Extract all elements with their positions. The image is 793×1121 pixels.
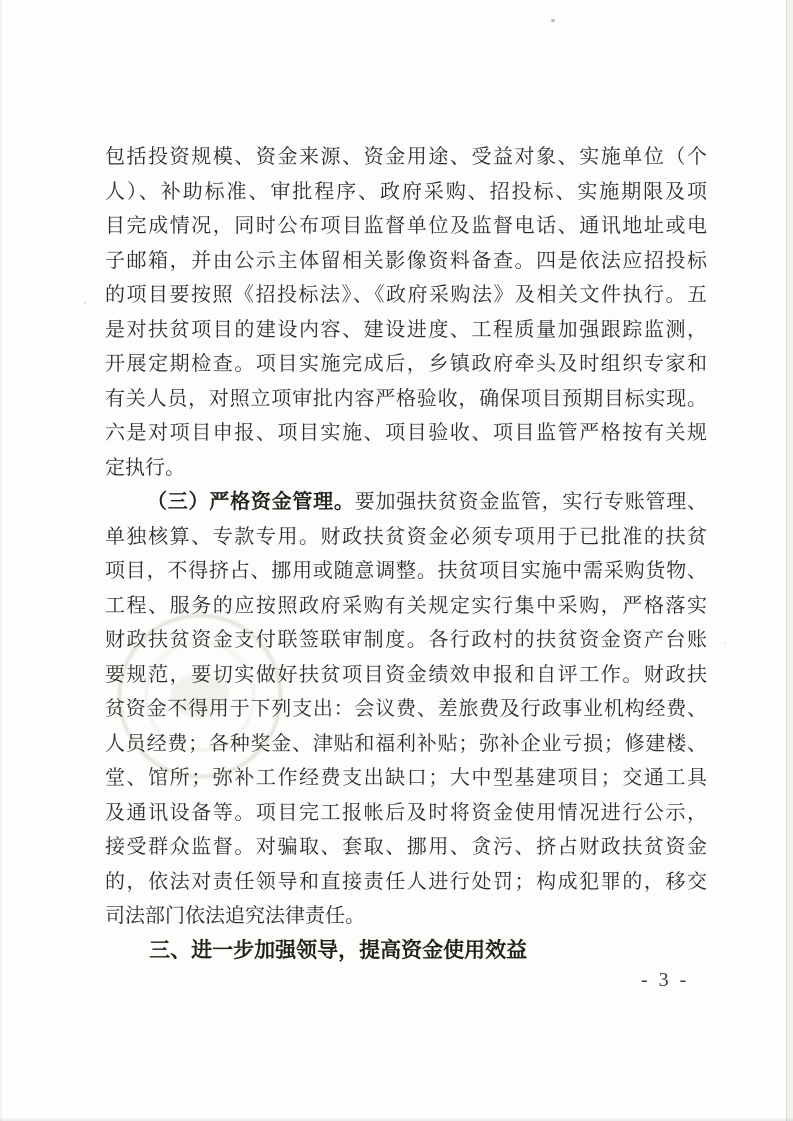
document-text-block: 包括投资规模、资金来源、资金用途、受益对象、实施单位（个人）、补助标准、审批程序…	[105, 140, 707, 968]
text-line: 包括投资规模、资金来源、资金用途、受益对象、实施单位（个	[105, 140, 707, 175]
page-number: - 3 -	[641, 969, 689, 992]
text-line: 定执行。	[105, 451, 707, 486]
text-run: 要加强扶贫资金监管，实行专账管理、	[355, 491, 707, 513]
bold-run: （三）严格资金管理。	[147, 491, 355, 513]
text-line: （三）严格资金管理。要加强扶贫资金监管，实行专账管理、	[105, 485, 707, 520]
text-line: 贫资金不得用于下列支出：会议费、差旅费及行政事业机构经费、	[105, 692, 707, 727]
text-line: 的，依法对责任领导和直接责任人进行处罚；构成犯罪的，移交	[105, 865, 707, 900]
text-line: 子邮箱，并由公示主体留相关影像资料备查。四是依法应招投标	[105, 244, 707, 279]
scan-edge-left	[0, 0, 2, 1121]
scan-speck	[724, 642, 726, 644]
scan-speck	[84, 302, 86, 304]
text-line: 要规范，要切实做好扶贫项目资金绩效申报和自评工作。财政扶	[105, 658, 707, 693]
heading-line: 三、进一步加强领导，提高资金使用效益	[105, 934, 707, 969]
text-line: 开展定期检查。项目实施完成后，乡镇政府牵头及时组织专家和	[105, 347, 707, 382]
text-line: 堂、馆所；弥补工作经费支出缺口；大中型基建项目；交通工具	[105, 761, 707, 796]
text-line: 财政扶贫资金支付联签联审制度。各行政村的扶贫资金资产台账	[105, 623, 707, 658]
text-line: 工程、服务的应按照政府采购有关规定实行集中采购，严格落实	[105, 589, 707, 624]
text-line: 人）、补助标准、审批程序、政府采购、招投标、实施期限及项	[105, 175, 707, 210]
text-line: 及通讯设备等。项目完工报帐后及时将资金使用情况进行公示，	[105, 796, 707, 831]
text-line: 司法部门依法追究法律责任。	[105, 899, 707, 934]
text-line: 单独核算、专款专用。财政扶贫资金必须专项用于已批准的扶贫	[105, 520, 707, 555]
scan-edge-bottom	[0, 1117, 793, 1121]
text-line: 项目，不得挤占、挪用或随意调整。扶贫项目实施中需采购货物、	[105, 554, 707, 589]
text-line: 有关人员，对照立项审批内容严格验收，确保项目预期目标实现。	[105, 382, 707, 417]
scan-edge-right	[786, 0, 793, 1121]
text-line: 接受群众监督。对骗取、套取、挪用、贪污、挤占财政扶贫资金	[105, 830, 707, 865]
text-line: 是对扶贫项目的建设内容、建设进度、工程质量加强跟踪监测，	[105, 313, 707, 348]
scanned-document-page: 包括投资规模、资金来源、资金用途、受益对象、实施单位（个人）、补助标准、审批程序…	[0, 0, 793, 1121]
text-line: 六是对项目申报、项目实施、项目验收、项目监管严格按有关规	[105, 416, 707, 451]
text-line: 的项目要按照《招投标法》、《政府采购法》及相关文件执行。五	[105, 278, 707, 313]
text-line: 人员经费；各种奖金、津贴和福利补贴；弥补企业亏损；修建楼、	[105, 727, 707, 762]
text-line: 目完成情况，同时公布项目监督单位及监督电话、通讯地址或电	[105, 209, 707, 244]
scan-speck	[551, 19, 555, 22]
